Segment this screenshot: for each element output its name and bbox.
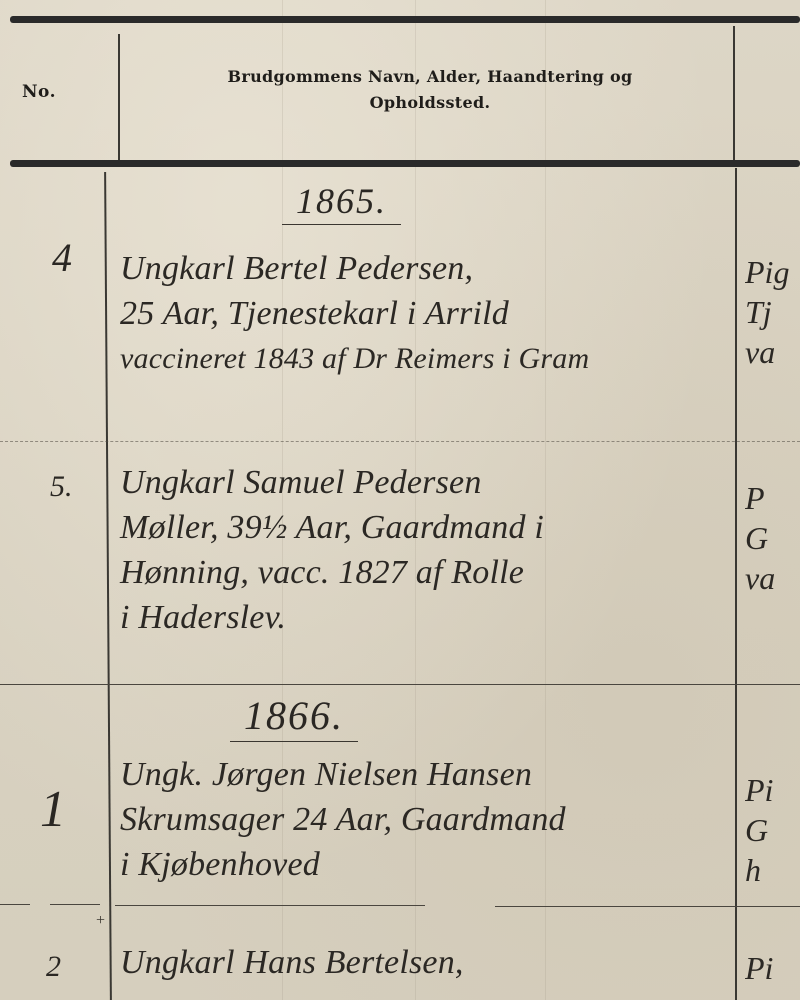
bride-fragment-line: Pi bbox=[745, 770, 800, 810]
row-separator bbox=[0, 904, 30, 905]
bride-fragment-line: va bbox=[745, 558, 800, 598]
groom-entry: Ungk. Jørgen Nielsen Hansen Skrumsager 2… bbox=[120, 752, 735, 887]
bride-fragment-line: Pig bbox=[745, 252, 800, 292]
bride-fragment-line: h bbox=[745, 850, 800, 890]
groom-entry-line: Hønning, vacc. 1827 af Rolle bbox=[120, 550, 735, 595]
bride-column-fragment: Pi bbox=[745, 948, 800, 988]
bride-fragment-line: Tj bbox=[745, 292, 800, 332]
groom-entry-line: Ungkarl Bertel Pedersen, bbox=[120, 246, 735, 291]
section-separator bbox=[0, 684, 800, 685]
year-heading: 1865. bbox=[282, 180, 401, 225]
groom-entry-line: i Haderslev. bbox=[120, 595, 735, 640]
bride-fragment-line: P bbox=[745, 478, 800, 518]
bride-column-fragment: Pi G h bbox=[745, 770, 800, 890]
groom-entry-line: Ungk. Jørgen Nielsen Hansen bbox=[120, 752, 735, 797]
header-column-divider-1 bbox=[118, 34, 120, 160]
groom-entry: Ungkarl Hans Bertelsen, bbox=[120, 940, 735, 985]
body-column-divider-1 bbox=[104, 172, 111, 1000]
column-header-number: No. bbox=[22, 82, 56, 102]
row-separator bbox=[115, 905, 425, 906]
entry-number: 1 bbox=[40, 780, 66, 839]
groom-entry-line: i Kjøbenhoved bbox=[120, 842, 735, 887]
register-page: No. Brudgommens Navn, Alder, Haandtering… bbox=[0, 0, 800, 1000]
bride-fragment-line: G bbox=[745, 518, 800, 558]
row-separator bbox=[0, 441, 800, 442]
header-top-rule bbox=[10, 16, 800, 23]
row-separator bbox=[50, 904, 100, 905]
year-heading: 1866. bbox=[230, 692, 358, 742]
groom-entry-line: 25 Aar, Tjenestekarl i Arrild bbox=[120, 291, 735, 336]
entry-number: 4 bbox=[52, 234, 72, 281]
bride-column-fragment: P G va bbox=[745, 478, 800, 598]
column-header-groom: Brudgommens Navn, Alder, Haandtering og … bbox=[125, 64, 735, 116]
entry-number: 2 bbox=[46, 950, 61, 984]
row-separator bbox=[495, 906, 800, 907]
groom-entry: Ungkarl Samuel Pedersen Møller, 39½ Aar,… bbox=[120, 460, 735, 640]
groom-entry: Ungkarl Bertel Pedersen, 25 Aar, Tjenest… bbox=[120, 246, 735, 381]
header-bottom-rule bbox=[10, 160, 800, 167]
bride-fragment-line: va bbox=[745, 332, 800, 372]
bride-fragment-line: Pi bbox=[745, 948, 800, 988]
column-header-groom-line1: Brudgommens Navn, Alder, Haandtering og bbox=[125, 64, 735, 90]
groom-entry-line: Skrumsager 24 Aar, Gaardmand bbox=[120, 797, 735, 842]
margin-cross-mark: + bbox=[96, 912, 105, 930]
groom-entry-line: vaccineret 1843 af Dr Reimers i Gram bbox=[120, 336, 735, 381]
column-header-groom-line2: Opholdssted. bbox=[125, 90, 735, 116]
bride-fragment-line: G bbox=[745, 810, 800, 850]
groom-entry-line: Møller, 39½ Aar, Gaardmand i bbox=[120, 505, 735, 550]
entry-number: 5. bbox=[50, 470, 73, 504]
groom-entry-line: Ungkarl Hans Bertelsen, bbox=[120, 940, 735, 985]
bride-column-fragment: Pig Tj va bbox=[745, 252, 800, 372]
groom-entry-line: Ungkarl Samuel Pedersen bbox=[120, 460, 735, 505]
body-column-divider-2 bbox=[735, 168, 737, 1000]
